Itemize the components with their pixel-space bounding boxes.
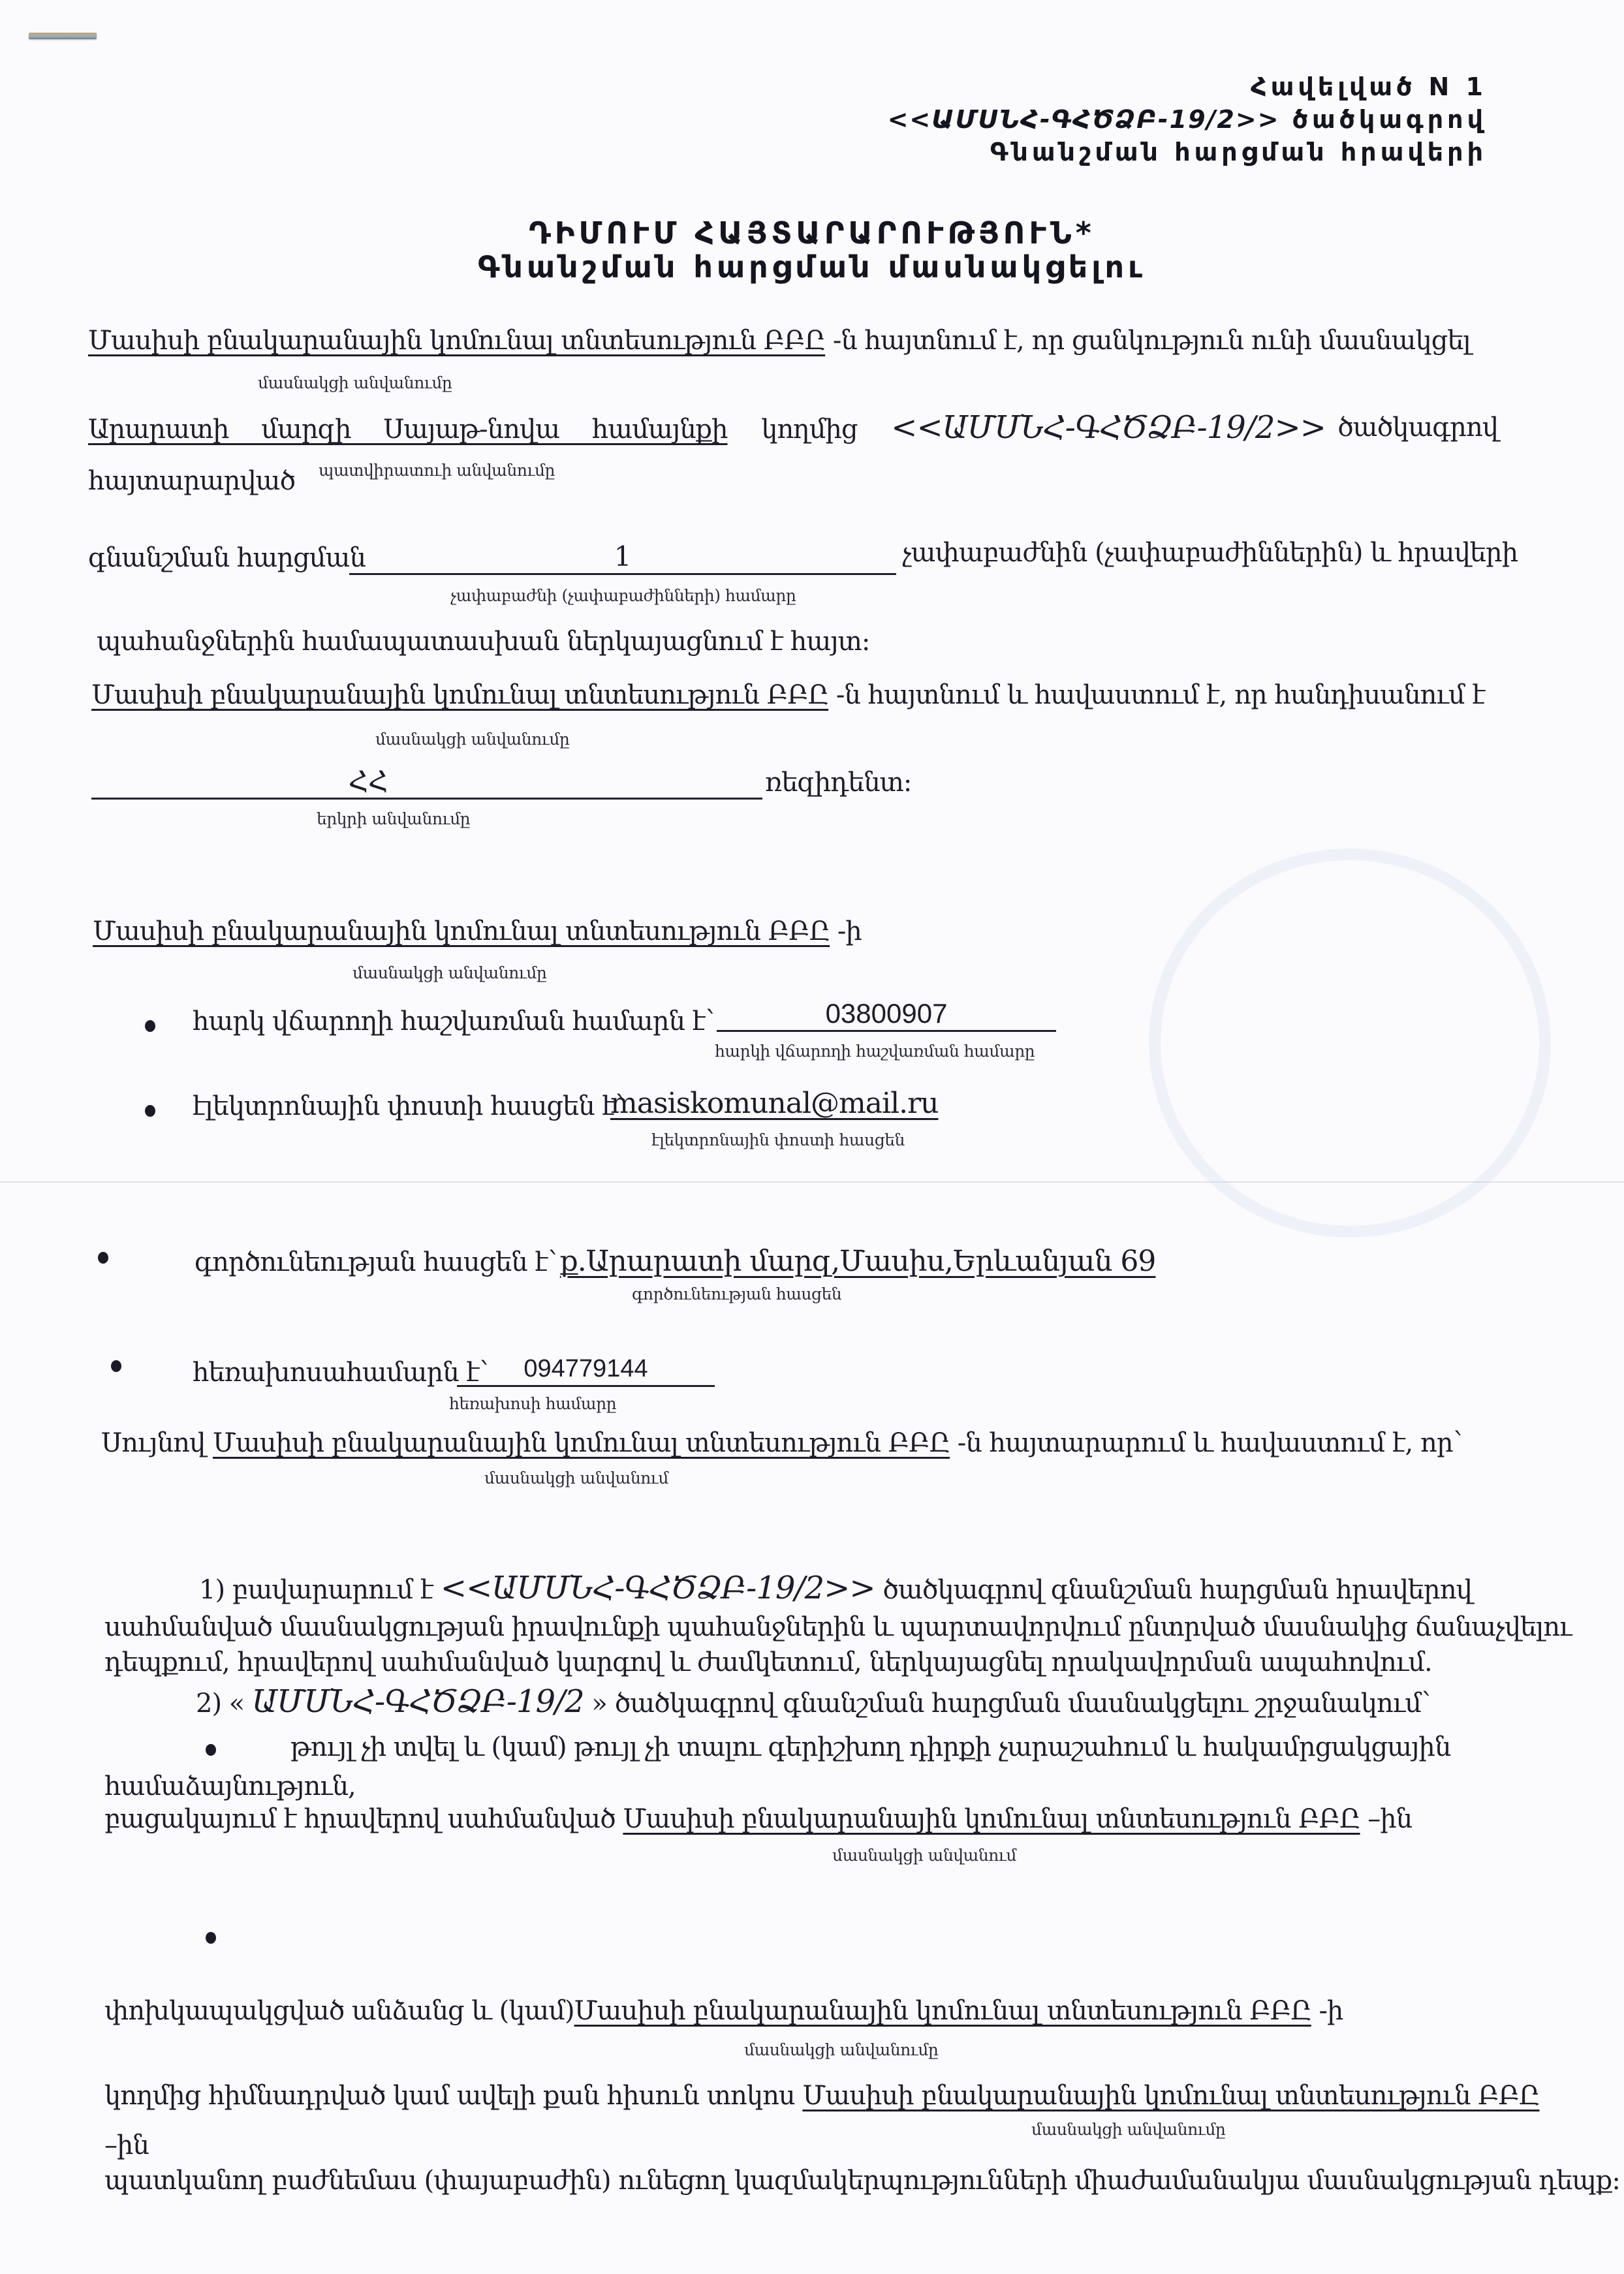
item1-line3: դեպքում, հրավերով սահմանված կարգով և ժամ… bbox=[104, 1646, 1432, 1679]
participant-name: Մասիսի բնակարանային կոմունալ տնտեսությու… bbox=[213, 1428, 950, 1458]
document-title: ԴԻՄՈՒՄ ՀԱՅՏԱՐԱՐՈՒԹՅՈՒՆ* bbox=[0, 215, 1624, 251]
bullet bbox=[98, 1252, 108, 1264]
address-line: գործունեության հասցեն է`ք.Արարատի մարզ,Մ… bbox=[195, 1245, 1155, 1279]
caption-phone: հեռախոսի համարը bbox=[449, 1394, 616, 1413]
annex-header: Հավելված N 1 <<ԱՄՍՆՀ-ԳՀԾՁԲ-19/2>> ծածկագ… bbox=[888, 70, 1487, 168]
phone-value: 094779144 bbox=[457, 1352, 715, 1387]
participant-name: Մասիսի բնակարանային կոմունալ տնտեսությու… bbox=[88, 326, 825, 356]
caption-participant-name: մասնակցի անվանումը bbox=[352, 963, 546, 982]
bullet bbox=[111, 1360, 121, 1372]
item2-bullet1-line2: համաձայնություն, bbox=[104, 1770, 356, 1803]
phone-label: հեռախոսահամարն է` bbox=[193, 1356, 492, 1389]
declaration-line: Սույնով Մասիսի բնակարանային կոմունալ տնտ… bbox=[101, 1427, 1465, 1459]
email-value: masiskomunal@mail.ru bbox=[610, 1087, 939, 1120]
annex-number: Հավելված N 1 bbox=[888, 70, 1487, 103]
caption-address: գործունեության հասցեն bbox=[632, 1285, 841, 1303]
participant-name: Մասիսի բնակարանային կոմունալ տնտեսությու… bbox=[802, 2081, 1539, 2111]
caption-lot-numbers: չափաբաժնի (չափաբաժինների) համարը bbox=[450, 586, 796, 605]
caption-customer-name: պատվիրատուի անվանումը bbox=[319, 461, 555, 480]
annex-invitation: Գնանշման հարցման հրավերի bbox=[888, 136, 1487, 168]
lot-number-field: 1 bbox=[349, 540, 896, 575]
item2-heading: 2) « ԱՄՍՆՀ-ԳՀԾՁԲ-19/2 » ծածկագրով գնանշմ… bbox=[196, 1685, 1433, 1720]
details-participant-line: Մասիսի բնակարանային կոմունալ տնտեսությու… bbox=[93, 915, 862, 948]
participant-name: Մասիսի բնակարանային կոմունալ տնտեսությու… bbox=[623, 1804, 1360, 1834]
founded-suffix: –ին bbox=[104, 2129, 149, 2162]
item1-line2: սահմանված մասնակցության իրավունքի պահանջ… bbox=[104, 1611, 1572, 1643]
caption-participant-name: մասնակցի անվանումը bbox=[375, 730, 569, 749]
document-subtitle: Գնանշման հարցման մասնակցելու bbox=[0, 249, 1624, 285]
item2-bullet1-line1: թույլ չի տվել և (կամ) թույլ չի տալու գեր… bbox=[290, 1731, 1450, 1764]
announced-word: հայտարարված bbox=[88, 465, 295, 497]
email-label: էլեկտրոնային փոստի հասցեն է` bbox=[193, 1090, 627, 1123]
resident-word: ռեզիդենտ: bbox=[765, 766, 911, 799]
founded-line: կողմից հիմնադրված կամ ավելի քան հիսուն տ… bbox=[104, 2079, 1540, 2112]
bullet bbox=[206, 1744, 216, 1756]
tax-id-value: 03800907 bbox=[717, 997, 1056, 1032]
lot-suffix: չափաբաժնին (չափաբաժիններին) և հրավերի bbox=[902, 537, 1518, 569]
caption-participant-name: մասնակցի անվանում bbox=[484, 1469, 668, 1487]
address-value: ք.Արարատի մարզ,Մասիս,Երևանյան 69 bbox=[560, 1245, 1156, 1278]
procurement-code: ԱՄՍՆՀ-ԳՀԾՁԲ-19/2 bbox=[252, 1683, 584, 1720]
paper-fold bbox=[0, 1181, 1624, 1183]
caption-participant-name: մասնակցի անվանումը bbox=[258, 373, 452, 392]
bullet bbox=[145, 1020, 155, 1032]
residency-line: Մասիսի բնակարանային կոմունալ տնտեսությու… bbox=[91, 679, 1485, 711]
caption-tax-id: հարկի վճարողի հաշվառման համարը bbox=[715, 1042, 1035, 1061]
customer-name: Արարատի մարզի Սայաթ-նովա համայնքի bbox=[88, 414, 728, 444]
item2-exclusion-line: բացակայում է հրավերով սահմանված Մասիսի բ… bbox=[104, 1803, 1412, 1835]
country-field: ՀՀ bbox=[91, 765, 762, 800]
caption-participant-name: մասնակցի անվանումը bbox=[1031, 2120, 1225, 2139]
participant-name: Մասիսի բնակարանային կոմունալ տնտեսությու… bbox=[93, 916, 830, 946]
participant-name: Մասիսի բնակարանային կոմունալ տնտեսությու… bbox=[91, 680, 828, 710]
procurement-code: <<ԱՄՍՆՀ-ԳՀԾՁԲ-19/2>> bbox=[441, 1570, 875, 1606]
faded-stamp bbox=[1149, 849, 1551, 1238]
caption-country-name: երկրի անվանումը bbox=[317, 809, 470, 828]
final-line: պատկանող բաժնեմաս (փայաբաժին) ունեցող կա… bbox=[104, 2164, 1620, 2197]
item1-line1: 1) բավարարում է <<ԱՄՍՆՀ-ԳՀԾՁԲ-19/2>> ծած… bbox=[199, 1572, 1472, 1606]
tax-id-label: հարկ վճարողի հաշվառման համարն է` bbox=[193, 1005, 717, 1038]
affiliated-line: փոխկապակցված անձանց և (կամ)Մասիսի բնակար… bbox=[104, 1995, 1343, 2027]
annex-code-line: <<ԱՄՍՆՀ-ԳՀԾՁԲ-19/2>> ծածկագրով bbox=[888, 103, 1487, 136]
bullet bbox=[206, 1932, 216, 1944]
caption-participant-name: մասնակցի անվանումը bbox=[744, 2040, 938, 2059]
bid-submit-line: պահանջներին համապատասխան ներկայացնում է … bbox=[97, 625, 869, 658]
intro-line: Մասիսի բնակարանային կոմունալ տնտեսությու… bbox=[88, 324, 1471, 357]
participant-name: Մասիսի բնակարանային կոմունալ տնտեսությու… bbox=[574, 1996, 1311, 2026]
caption-email: էլեկտրոնային փոստի հասցեն bbox=[651, 1130, 905, 1149]
bullet bbox=[145, 1105, 155, 1117]
customer-line: Արարատի մարզի Սայաթ-նովա համայնքի կողմից… bbox=[88, 411, 1498, 446]
procurement-code: <<ԱՄՍՆՀ-ԳՀԾՁԲ-19/2>> bbox=[891, 409, 1326, 446]
annex-code: <<ԱՄՍՆՀ-ԳՀԾՁԲ-19/2>> bbox=[888, 105, 1280, 134]
lot-prefix: գնանշման հարցման bbox=[88, 542, 366, 574]
staple bbox=[29, 33, 97, 39]
address-label: գործունեության հասցեն է` bbox=[195, 1247, 560, 1277]
caption-participant-name: մասնակցի անվանում bbox=[832, 1846, 1016, 1865]
